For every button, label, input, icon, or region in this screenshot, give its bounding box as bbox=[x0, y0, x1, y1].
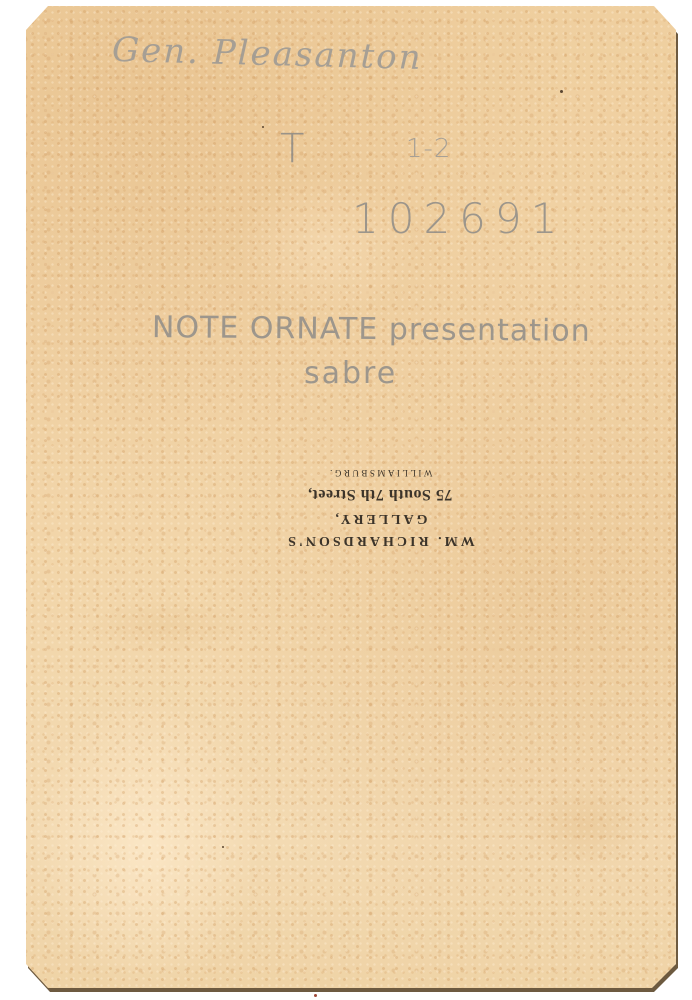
scan-stage: Gen. Pleasanton T 1-2 102691 NOTE ORNATE… bbox=[0, 0, 692, 1000]
scan-dust-mark bbox=[314, 994, 317, 997]
handwritten-code-fraction: 1-2 bbox=[406, 134, 451, 164]
imprint-address: 75 South 7th Street, bbox=[262, 486, 498, 502]
handwritten-catalog-number: 102691 bbox=[352, 194, 566, 243]
handwritten-note-line-2: sabre bbox=[304, 356, 397, 391]
imprint-studio-name: WM. RICHARDSON'S bbox=[262, 533, 498, 547]
specimen-dot bbox=[222, 846, 224, 848]
handwritten-subject-name: Gen. Pleasanton bbox=[112, 30, 424, 78]
specimen-dot bbox=[560, 90, 563, 93]
imprint-gallery: GALLERY, bbox=[262, 511, 498, 525]
handwritten-note-line-1: NOTE ORNATE presentation bbox=[152, 310, 591, 349]
cabinet-card-back: Gen. Pleasanton T 1-2 102691 NOTE ORNATE… bbox=[26, 6, 676, 988]
imprint-city: WILLIAMSBURG. bbox=[262, 468, 498, 477]
handwritten-code-letter: T bbox=[280, 126, 305, 172]
specimen-dot bbox=[262, 126, 264, 128]
photographer-imprint: WM. RICHARDSON'S GALLERY, 75 South 7th S… bbox=[262, 468, 498, 547]
